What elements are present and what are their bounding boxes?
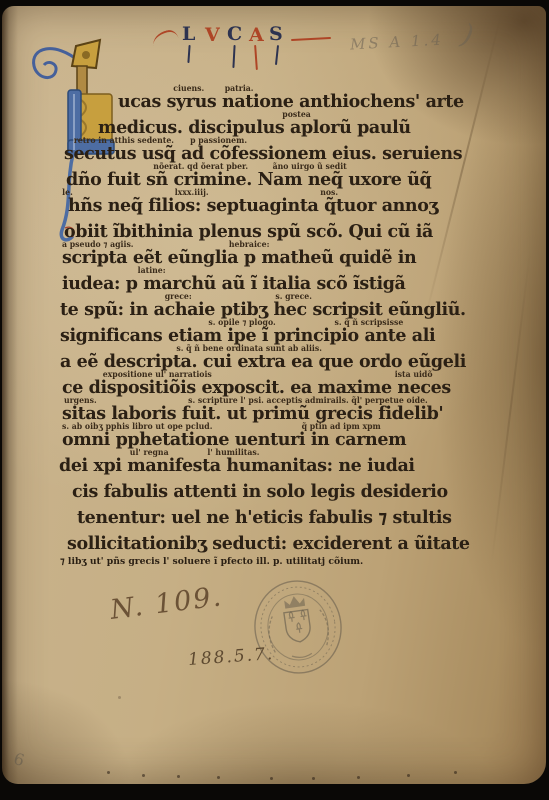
interlinear-gloss: l' humilitas.: [207, 447, 259, 457]
interlinear-gloss: s. opile ⁊ plogo.: [208, 317, 275, 327]
interlinear-gloss: nos.: [320, 187, 338, 197]
marginal-gloss-line: ⁊ libʒ ut' pñs grecis l' soluere ĩ pfect…: [60, 556, 363, 567]
text-row: ul' regna l' humilitas. dei xpi manifest…: [59, 455, 415, 481]
interlinear-gloss: lxxx.iiij.: [175, 187, 209, 197]
text-row: retro in atthis sedente. p passionem. se…: [64, 143, 462, 169]
interlinear-gloss: p passionem.: [190, 135, 247, 145]
interlinear-gloss: q̃ ptin ad ipm xpm: [302, 421, 381, 431]
parchment-crease: [491, 247, 532, 565]
pricking-dot: [357, 776, 360, 779]
text-line: hñs neq̃ filios: septuaginta q̃tuor anno…: [68, 195, 438, 216]
interlinear-gloss: a pseudo ⁊ agiis.: [62, 239, 134, 249]
pricking-dot: [177, 775, 180, 778]
running-title-letter: A: [249, 24, 264, 46]
interlinear-gloss: hebraice:: [229, 239, 270, 249]
pricking-dot: [107, 771, 110, 774]
ink-speck: [118, 696, 121, 699]
text-row: le. lxxx.iiij. nos. hñs neq̃ filios: sep…: [68, 195, 438, 221]
letter-descender: [254, 45, 257, 70]
text-row: cis fabulis attenti in solo legis deside…: [72, 481, 448, 507]
library-stamp-icon: [244, 571, 353, 683]
text-row: latine: iudea: p marchũ aũ ĩ italia scõ …: [62, 273, 405, 299]
text-line: tenentur: uel ne h'eticis fabulis ⁊ stul…: [77, 507, 452, 528]
text-line: iudea: p marchũ aũ ĩ italia scõ ĩstigã: [62, 273, 405, 294]
pricking-dot: [312, 777, 315, 780]
text-line: dño fuit sñ crimine. Nam neq̃ uxore ũq̃: [66, 169, 431, 190]
pencil-shelfmark-note: MS A 1.4: [350, 31, 445, 54]
letter-descender: [187, 45, 190, 63]
interlinear-gloss: expositione ul' narratiois: [103, 369, 212, 379]
interlinear-gloss: patria.: [225, 83, 254, 93]
red-swash-flourish: [151, 28, 179, 47]
ink-collection-number: N. 109.: [109, 581, 225, 626]
interlinear-gloss: ul' regna: [130, 447, 169, 457]
text-line: scripta eẽt eũnglia p matheũ quidẽ in: [62, 247, 416, 268]
interlinear-gloss: postea: [282, 109, 311, 119]
running-title-letter: V: [205, 24, 220, 46]
interlinear-gloss: urgens.: [64, 395, 97, 405]
pricking-dot: [217, 776, 220, 779]
folio-pencil-mark: 6: [12, 749, 27, 770]
letter-descender: [232, 45, 235, 68]
pricking-dot: [407, 774, 410, 777]
text-row-small-gloss: ⁊ libʒ ut' pñs grecis l' soluere ĩ pfect…: [60, 556, 363, 568]
text-line: sollicitationibʒ seducti: exciderent a ũ…: [67, 533, 470, 554]
red-line-filler: [291, 37, 331, 41]
pricking-dot: [270, 777, 273, 780]
interlinear-gloss: s. ab oibʒ pphis libro ut ope pclud.: [62, 421, 212, 431]
pencil-flourish: ): [458, 17, 477, 52]
running-title-letter: S: [269, 23, 283, 45]
pricking-dot: [142, 774, 145, 777]
interlinear-gloss: s. q̃ ñ bene ordinata sunt ab aliis.: [176, 343, 322, 353]
ink-speck: [152, 227, 155, 230]
pricking-dot: [454, 771, 457, 774]
text-line: dei xpi manifesta humanitas: ne iudai: [59, 455, 415, 476]
interlinear-gloss: le.: [62, 187, 73, 197]
manuscript-photo: { "palette": { "parchment": "#c3ac82", "…: [0, 0, 549, 800]
interlinear-gloss: retro in atthis sedente.: [74, 135, 174, 145]
interlinear-gloss: latine:: [138, 265, 166, 275]
interlinear-gloss: nõerat. qd õerat pber.: [153, 161, 248, 171]
interlinear-gloss: s. grece.: [275, 291, 312, 301]
interlinear-gloss: ciuens.: [173, 83, 204, 93]
running-title-letter: C: [227, 23, 242, 45]
running-title-letter: L: [182, 23, 195, 45]
text-row: nõerat. qd õerat pber. ãno uirgo ũ sedit…: [66, 169, 431, 195]
text-line: secutus usq̃ ad cõfessionem eius. seruie…: [64, 143, 462, 164]
text-line: cis fabulis attenti in solo legis deside…: [72, 481, 448, 502]
manuscript-page: L V C A S MS A 1.4 ) ciuens. patria. uca…: [2, 6, 546, 784]
interlinear-gloss: s. q̃ ñ scripsisse: [335, 317, 404, 327]
text-row: a pseudo ⁊ agiis. hebraice: scripta eẽt …: [62, 247, 416, 273]
interlinear-gloss: ãno uirgo ũ sedit: [273, 161, 347, 171]
letter-descender: [275, 45, 279, 65]
text-row: tenentur: uel ne h'eticis fabulis ⁊ stul…: [77, 507, 452, 533]
interlinear-gloss: grece:: [165, 291, 192, 301]
interlinear-gloss: s. scripture l' psi. acceptis admirails.…: [188, 395, 428, 405]
interlinear-gloss: ista uidõ: [395, 369, 433, 379]
